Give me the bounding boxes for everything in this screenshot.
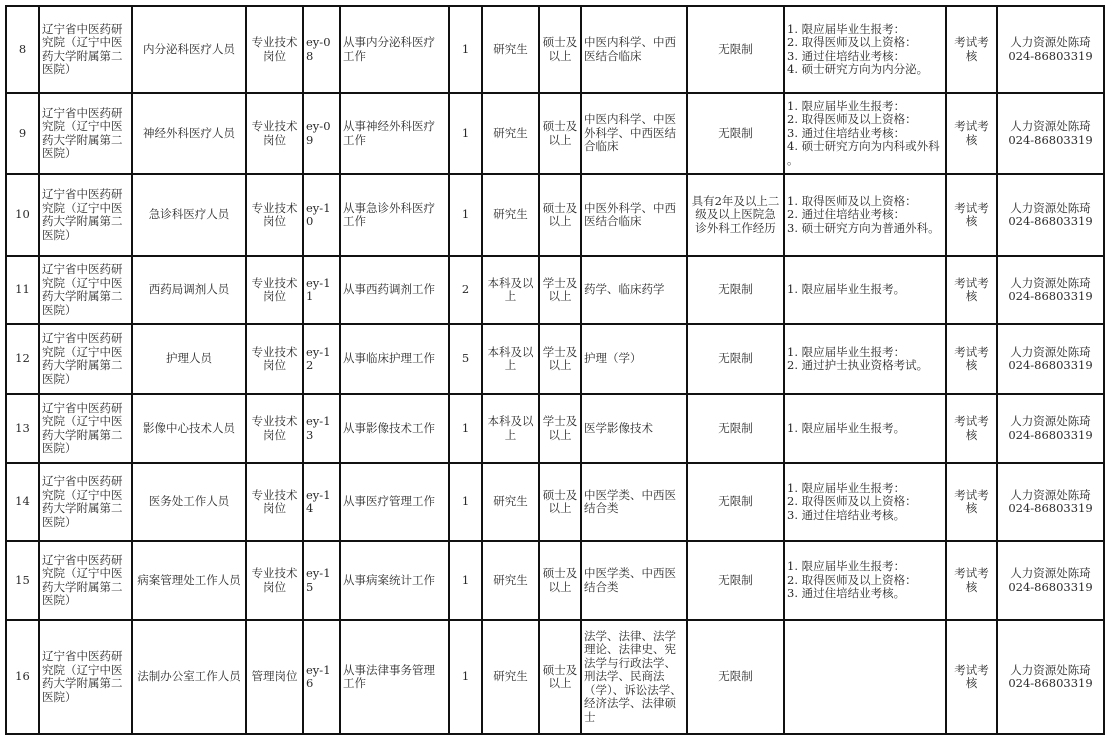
requirement-line: 2. 取得医师及以上资格： <box>787 113 943 127</box>
position-code: ey-14 <box>303 463 340 541</box>
position-duty: 从事神经外科医疗工作 <box>340 93 449 174</box>
row-number: 15 <box>6 541 39 620</box>
table-row: 10 辽宁省中医药研究院（辽宁中医药大学附属第二医院） 急诊科医疗人员 专业技术… <box>6 174 1104 256</box>
requirement-line: 2. 通过住培结业考核： <box>787 208 943 222</box>
requirement-line: 4. 硕士研究方向为内科或外科 <box>787 140 943 154</box>
education-level: 研究生 <box>482 174 539 256</box>
other-requirements: 1. 限应届毕业生报考：2. 通过护士执业资格考试。 <box>784 324 946 394</box>
degree-level: 硕士及以上 <box>539 541 581 620</box>
degree-level: 学士及以上 <box>539 394 581 463</box>
contact-info: 人力资源处陈琦024-86803319 <box>997 620 1104 734</box>
requirement-line: 4. 硕士研究方向为内分泌。 <box>787 63 943 77</box>
table-row: 16 辽宁省中医药研究院（辽宁中医药大学附属第二医院） 法制办公室工作人员 管理… <box>6 620 1104 734</box>
other-requirements: 1. 限应届毕业生报考。 <box>784 394 946 463</box>
hiring-unit: 辽宁省中医药研究院（辽宁中医药大学附属第二医院） <box>39 6 132 93</box>
major-requirement: 中医内科学、中医外科学、中西医结合临床 <box>581 93 687 174</box>
position-name: 护理人员 <box>132 324 246 394</box>
degree-level: 硕士及以上 <box>539 93 581 174</box>
contact-info: 人力资源处陈琦024-86803319 <box>997 93 1104 174</box>
contact-info: 人力资源处陈琦024-86803319 <box>997 463 1104 541</box>
requirement-line: 1. 限应届毕业生报考： <box>787 346 943 360</box>
table-row: 9 辽宁省中医药研究院（辽宁中医药大学附属第二医院） 神经外科医疗人员 专业技术… <box>6 93 1104 174</box>
hiring-unit: 辽宁省中医药研究院（辽宁中医药大学附属第二医院） <box>39 93 132 174</box>
position-name: 影像中心技术人员 <box>132 394 246 463</box>
contact-name: 人力资源处陈琦 <box>1000 202 1101 216</box>
requirement-line: 2. 通过护士执业资格考试。 <box>787 359 943 373</box>
contact-name: 人力资源处陈琦 <box>1000 664 1101 678</box>
education-level: 研究生 <box>482 541 539 620</box>
position-category: 专业技术岗位 <box>246 6 303 93</box>
degree-level: 硕士及以上 <box>539 620 581 734</box>
position-category: 专业技术岗位 <box>246 324 303 394</box>
hiring-count: 1 <box>449 174 482 256</box>
hiring-unit: 辽宁省中医药研究院（辽宁中医药大学附属第二医院） <box>39 620 132 734</box>
requirement-line: 。 <box>787 154 943 168</box>
contact-name: 人力资源处陈琦 <box>1000 489 1101 503</box>
position-code: ey-11 <box>303 256 340 324</box>
table-row: 15 辽宁省中医药研究院（辽宁中医药大学附属第二医院） 病案管理处工作人员 专业… <box>6 541 1104 620</box>
position-duty: 从事医疗管理工作 <box>340 463 449 541</box>
work-experience: 无限制 <box>687 93 784 174</box>
exam-method: 考试考核 <box>946 463 997 541</box>
requirement-line: 2. 取得医师及以上资格： <box>787 495 943 509</box>
contact-info: 人力资源处陈琦024-86803319 <box>997 394 1104 463</box>
education-level: 本科及以上 <box>482 256 539 324</box>
exam-method: 考试考核 <box>946 620 997 734</box>
work-experience: 无限制 <box>687 463 784 541</box>
contact-name: 人力资源处陈琦 <box>1000 415 1101 429</box>
hiring-unit: 辽宁省中医药研究院（辽宁中医药大学附属第二医院） <box>39 324 132 394</box>
major-requirement: 医学影像技术 <box>581 394 687 463</box>
hiring-count: 5 <box>449 324 482 394</box>
hiring-count: 1 <box>449 541 482 620</box>
requirement-line: 1. 限应届毕业生报考： <box>787 100 943 114</box>
exam-method: 考试考核 <box>946 93 997 174</box>
exam-method: 考试考核 <box>946 324 997 394</box>
position-duty: 从事法律事务管理工作 <box>340 620 449 734</box>
position-name: 病案管理处工作人员 <box>132 541 246 620</box>
education-level: 研究生 <box>482 463 539 541</box>
hiring-count: 1 <box>449 394 482 463</box>
contact-name: 人力资源处陈琦 <box>1000 36 1101 50</box>
row-number: 9 <box>6 93 39 174</box>
position-duty: 从事内分泌科医疗工作 <box>340 6 449 93</box>
exam-method: 考试考核 <box>946 174 997 256</box>
position-category: 专业技术岗位 <box>246 541 303 620</box>
row-number: 14 <box>6 463 39 541</box>
position-duty: 从事临床护理工作 <box>340 324 449 394</box>
position-name: 西药局调剂人员 <box>132 256 246 324</box>
table-row: 12 辽宁省中医药研究院（辽宁中医药大学附属第二医院） 护理人员 专业技术岗位 … <box>6 324 1104 394</box>
position-category: 专业技术岗位 <box>246 463 303 541</box>
table-row: 14 辽宁省中医药研究院（辽宁中医药大学附属第二医院） 医务处工作人员 专业技术… <box>6 463 1104 541</box>
work-experience: 无限制 <box>687 6 784 93</box>
hiring-unit: 辽宁省中医药研究院（辽宁中医药大学附属第二医院） <box>39 394 132 463</box>
row-number: 11 <box>6 256 39 324</box>
position-code: ey-12 <box>303 324 340 394</box>
position-name: 医务处工作人员 <box>132 463 246 541</box>
education-level: 本科及以上 <box>482 394 539 463</box>
major-requirement: 法学、法律、法学理论、法律史、宪法学与行政法学、刑法学、民商法（学）、诉讼法学、… <box>581 620 687 734</box>
contact-phone: 024-86803319 <box>1000 502 1101 516</box>
requirement-line: 1. 限应届毕业生报考： <box>787 560 943 574</box>
position-code: ey-15 <box>303 541 340 620</box>
exam-method: 考试考核 <box>946 394 997 463</box>
position-category: 管理岗位 <box>246 620 303 734</box>
position-category: 专业技术岗位 <box>246 394 303 463</box>
contact-name: 人力资源处陈琦 <box>1000 277 1101 291</box>
contact-info: 人力资源处陈琦024-86803319 <box>997 174 1104 256</box>
work-experience: 无限制 <box>687 620 784 734</box>
work-experience: 无限制 <box>687 324 784 394</box>
position-code: ey-09 <box>303 93 340 174</box>
position-category: 专业技术岗位 <box>246 174 303 256</box>
contact-phone: 024-86803319 <box>1000 50 1101 64</box>
contact-info: 人力资源处陈琦024-86803319 <box>997 541 1104 620</box>
hiring-unit: 辽宁省中医药研究院（辽宁中医药大学附属第二医院） <box>39 463 132 541</box>
other-requirements: 1. 取得医师及以上资格：2. 通过住培结业考核：3. 硕士研究方向为普通外科。 <box>784 174 946 256</box>
position-duty: 从事西药调剂工作 <box>340 256 449 324</box>
degree-level: 硕士及以上 <box>539 463 581 541</box>
contact-phone: 024-86803319 <box>1000 215 1101 229</box>
hiring-count: 2 <box>449 256 482 324</box>
table-row: 8 辽宁省中医药研究院（辽宁中医药大学附属第二医院） 内分泌科医疗人员 专业技术… <box>6 6 1104 93</box>
hiring-unit: 辽宁省中医药研究院（辽宁中医药大学附属第二医院） <box>39 541 132 620</box>
hiring-unit: 辽宁省中医药研究院（辽宁中医药大学附属第二医院） <box>39 256 132 324</box>
contact-phone: 024-86803319 <box>1000 581 1101 595</box>
education-level: 本科及以上 <box>482 324 539 394</box>
contact-name: 人力资源处陈琦 <box>1000 567 1101 581</box>
hiring-count: 1 <box>449 93 482 174</box>
work-experience: 无限制 <box>687 394 784 463</box>
hiring-count: 1 <box>449 620 482 734</box>
contact-phone: 024-86803319 <box>1000 429 1101 443</box>
hiring-unit: 辽宁省中医药研究院（辽宁中医药大学附属第二医院） <box>39 174 132 256</box>
exam-method: 考试考核 <box>946 541 997 620</box>
degree-level: 学士及以上 <box>539 324 581 394</box>
row-number: 8 <box>6 6 39 93</box>
education-level: 研究生 <box>482 620 539 734</box>
row-number: 16 <box>6 620 39 734</box>
position-code: ey-16 <box>303 620 340 734</box>
position-duty: 从事急诊外科医疗工作 <box>340 174 449 256</box>
requirement-line: 1. 限应届毕业生报考。 <box>787 422 943 436</box>
contact-name: 人力资源处陈琦 <box>1000 120 1101 134</box>
requirement-line: 3. 通过住培结业考核： <box>787 50 943 64</box>
row-number: 12 <box>6 324 39 394</box>
table-body: 8 辽宁省中医药研究院（辽宁中医药大学附属第二医院） 内分泌科医疗人员 专业技术… <box>6 6 1104 734</box>
position-category: 专业技术岗位 <box>246 93 303 174</box>
recruitment-table: 8 辽宁省中医药研究院（辽宁中医药大学附属第二医院） 内分泌科医疗人员 专业技术… <box>5 5 1105 735</box>
position-name: 法制办公室工作人员 <box>132 620 246 734</box>
degree-level: 硕士及以上 <box>539 6 581 93</box>
table-row: 13 辽宁省中医药研究院（辽宁中医药大学附属第二医院） 影像中心技术人员 专业技… <box>6 394 1104 463</box>
hiring-count: 1 <box>449 6 482 93</box>
requirement-line: 1. 限应届毕业生报考： <box>787 23 943 37</box>
major-requirement: 护理（学） <box>581 324 687 394</box>
contact-info: 人力资源处陈琦024-86803319 <box>997 256 1104 324</box>
contact-phone: 024-86803319 <box>1000 359 1101 373</box>
other-requirements: 1. 限应届毕业生报考：2. 取得医师及以上资格：3. 通过住培结业考核：4. … <box>784 6 946 93</box>
major-requirement: 中医学类、中西医结合类 <box>581 541 687 620</box>
major-requirement: 药学、临床药学 <box>581 256 687 324</box>
requirement-line: 1. 取得医师及以上资格： <box>787 195 943 209</box>
major-requirement: 中医学类、中西医结合类 <box>581 463 687 541</box>
major-requirement: 中医内科学、中西医结合临床 <box>581 6 687 93</box>
education-level: 研究生 <box>482 93 539 174</box>
work-experience: 具有2年及以上二级及以上医院急诊外科工作经历 <box>687 174 784 256</box>
degree-level: 学士及以上 <box>539 256 581 324</box>
position-name: 神经外科医疗人员 <box>132 93 246 174</box>
contact-phone: 024-86803319 <box>1000 290 1101 304</box>
exam-method: 考试考核 <box>946 256 997 324</box>
other-requirements: 1. 限应届毕业生报考：2. 取得医师及以上资格：3. 通过住培结业考核。 <box>784 541 946 620</box>
position-code: ey-08 <box>303 6 340 93</box>
degree-level: 硕士及以上 <box>539 174 581 256</box>
requirement-line: 3. 通过住培结业考核。 <box>787 509 943 523</box>
other-requirements: 1. 限应届毕业生报考：2. 取得医师及以上资格：3. 通过住培结业考核。 <box>784 463 946 541</box>
requirement-line: 3. 通过住培结业考核： <box>787 127 943 141</box>
requirement-line: 3. 硕士研究方向为普通外科。 <box>787 222 943 236</box>
contact-phone: 024-86803319 <box>1000 677 1101 691</box>
contact-name: 人力资源处陈琦 <box>1000 346 1101 360</box>
position-name: 急诊科医疗人员 <box>132 174 246 256</box>
exam-method: 考试考核 <box>946 6 997 93</box>
position-code: ey-10 <box>303 174 340 256</box>
requirement-line: 1. 限应届毕业生报考： <box>787 482 943 496</box>
education-level: 研究生 <box>482 6 539 93</box>
row-number: 13 <box>6 394 39 463</box>
requirement-line: 3. 通过住培结业考核。 <box>787 587 943 601</box>
position-duty: 从事病案统计工作 <box>340 541 449 620</box>
other-requirements: 1. 限应届毕业生报考。 <box>784 256 946 324</box>
table-row: 11 辽宁省中医药研究院（辽宁中医药大学附属第二医院） 西药局调剂人员 专业技术… <box>6 256 1104 324</box>
other-requirements: 1. 限应届毕业生报考：2. 取得医师及以上资格：3. 通过住培结业考核：4. … <box>784 93 946 174</box>
contact-info: 人力资源处陈琦024-86803319 <box>997 6 1104 93</box>
other-requirements <box>784 620 946 734</box>
requirement-line: 2. 取得医师及以上资格： <box>787 36 943 50</box>
requirement-line: 1. 限应届毕业生报考。 <box>787 283 943 297</box>
contact-phone: 024-86803319 <box>1000 134 1101 148</box>
row-number: 10 <box>6 174 39 256</box>
position-category: 专业技术岗位 <box>246 256 303 324</box>
requirement-line: 2. 取得医师及以上资格： <box>787 574 943 588</box>
work-experience: 无限制 <box>687 541 784 620</box>
major-requirement: 中医外科学、中西医结合临床 <box>581 174 687 256</box>
position-code: ey-13 <box>303 394 340 463</box>
contact-info: 人力资源处陈琦024-86803319 <box>997 324 1104 394</box>
work-experience: 无限制 <box>687 256 784 324</box>
hiring-count: 1 <box>449 463 482 541</box>
position-duty: 从事影像技术工作 <box>340 394 449 463</box>
position-name: 内分泌科医疗人员 <box>132 6 246 93</box>
